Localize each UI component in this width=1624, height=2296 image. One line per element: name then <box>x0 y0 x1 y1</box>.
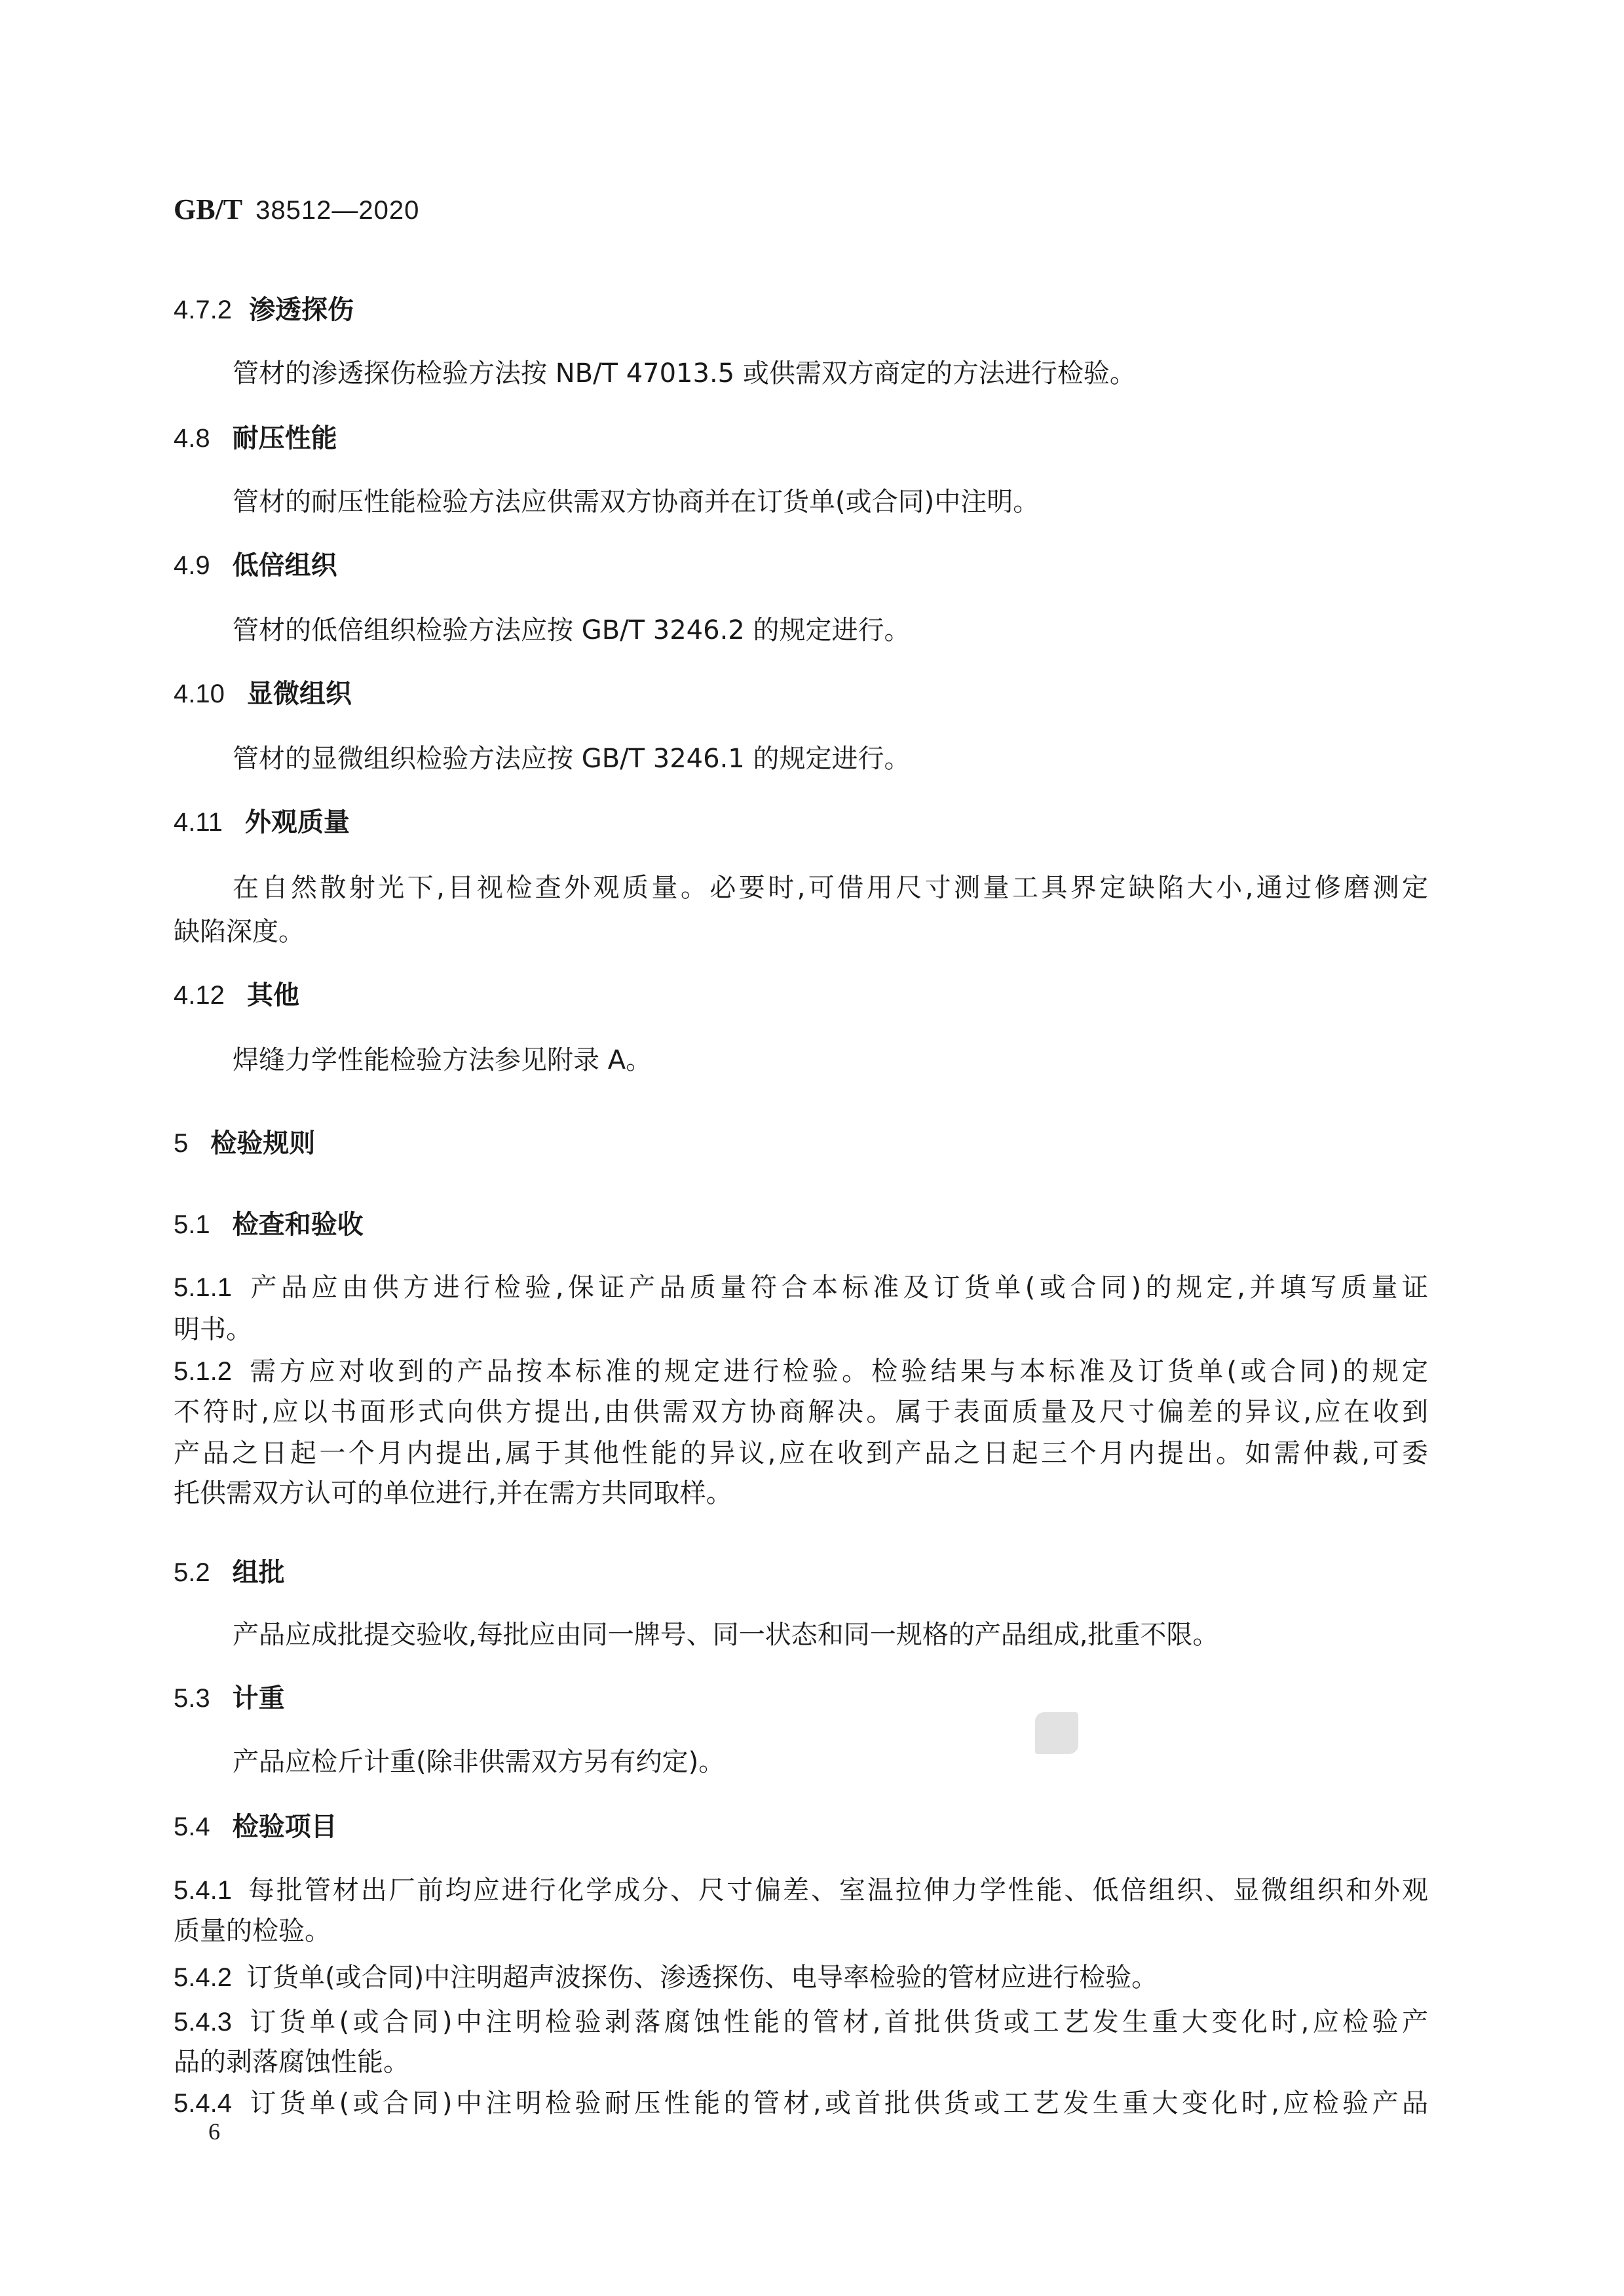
heading-5-4: 5.4检验项目 <box>174 1810 1428 1843</box>
paragraph: 管材的耐压性能检验方法应供需双方协商并在订货单(或合同)中注明。 <box>233 486 1428 518</box>
clause-title: 低倍组织 <box>233 550 337 581</box>
paragraph-line: 在自然散射光下,目视检查外观质量。必要时,可借用尺寸测量工具界定缺陷大小,通过修… <box>233 871 1428 904</box>
clause-number: 5.4.1 <box>174 1876 232 1905</box>
page-number: 6 <box>208 2118 220 2145</box>
heading-4-12: 4.12其他 <box>174 979 1428 1012</box>
clause-title: 检验项目 <box>233 1812 337 1842</box>
clause-text: 订货单(或合同)中注明检验剥落腐蚀性能的管材,首批供货或工艺发生重大变化时,应检… <box>246 2007 1428 2037</box>
clause-number: 5.1.1 <box>174 1273 232 1302</box>
clause-5-1-1-line: 明书。 <box>174 1313 1428 1346</box>
clause-number: 5.1.2 <box>174 1357 232 1386</box>
clause-5-4-4-line: 5.4.4订货单(或合同)中注明检验耐压性能的管材,或首批供货或工艺发生重大变化… <box>174 2087 1428 2120</box>
heading-4-7-2: 4.7.2渗透探伤 <box>174 294 1428 326</box>
clause-title: 显微组织 <box>247 679 352 709</box>
paragraph: 管材的显微组织检验方法应按 GB/T 3246.1 的规定进行。 <box>233 742 1428 775</box>
clause-number: 4.10 <box>174 678 225 710</box>
clause-title: 渗透探伤 <box>249 295 354 325</box>
clause-5-4-3-line: 品的剥落腐蚀性能。 <box>174 2046 1428 2078</box>
clause-text: 订货单(或合同)中注明超声波探伤、渗透探伤、电导率检验的管材应进行检验。 <box>246 1962 1158 1993</box>
clause-5-1-2-line: 不符时,应以书面形式向供方提出,由供需双方协商解决。属于表面质量及尺寸偏差的异议… <box>174 1396 1428 1428</box>
clause-number: 5.3 <box>174 1682 210 1715</box>
heading-4-9: 4.9低倍组织 <box>174 549 1428 582</box>
heading-4-11: 4.11外观质量 <box>174 806 1428 839</box>
paragraph: 管材的低倍组织检验方法应按 GB/T 3246.2 的规定进行。 <box>233 614 1428 647</box>
clause-number: 5.2 <box>174 1556 210 1589</box>
paragraph: 管材的渗透探伤检验方法按 NB/T 47013.5 或供需双方商定的方法进行检验… <box>233 357 1428 390</box>
chapter-title: 检验规则 <box>210 1128 315 1158</box>
clause-5-4-1-line: 5.4.1每批管材出厂前均应进行化学成分、尺寸偏差、室温拉伸力学性能、低倍组织、… <box>174 1874 1428 1907</box>
clause-5-1-1-line: 5.1.1产品应由供方进行检验,保证产品质量符合本标准及订货单(或合同)的规定,… <box>174 1271 1428 1304</box>
clause-5-1-2-line: 产品之日起一个月内提出,属于其他性能的异议,应在收到产品之日起三个月内提出。如需… <box>174 1437 1428 1470</box>
standard-header: GB/T38512—2020 <box>174 194 419 226</box>
clause-text: 产品应由供方进行检验,保证产品质量符合本标准及订货单(或合同)的规定,并填写质量… <box>246 1272 1428 1303</box>
paragraph-line: 缺陷深度。 <box>174 915 1428 948</box>
paragraph: 产品应成批提交验收,每批应由同一牌号、同一状态和同一规格的产品组成,批重不限。 <box>233 1618 1428 1651</box>
clause-5-1-2-line: 托供需双方认可的单位进行,并在需方共同取样。 <box>174 1477 1428 1510</box>
heading-4-10: 4.10显微组织 <box>174 678 1428 710</box>
clause-5-4-2-line: 5.4.2订货单(或合同)中注明超声波探伤、渗透探伤、电导率检验的管材应进行检验… <box>174 1961 1428 1994</box>
clause-number: 5.4.3 <box>174 2008 232 2037</box>
clause-text: 每批管材出厂前均应进行化学成分、尺寸偏差、室温拉伸力学性能、低倍组织、显微组织和… <box>246 1875 1428 1905</box>
clause-number: 4.12 <box>174 979 225 1012</box>
clause-number: 4.7.2 <box>174 294 232 326</box>
clause-text: 需方应对收到的产品按本标准的规定进行检验。检验结果与本标准及订货单(或合同)的规… <box>246 1356 1428 1387</box>
heading-4-8: 4.8耐压性能 <box>174 422 1428 455</box>
paragraph: 焊缝力学性能检验方法参见附录 A。 <box>233 1044 1428 1077</box>
standard-number: 38512—2020 <box>255 196 419 225</box>
chapter-number: 5 <box>174 1127 188 1160</box>
clause-title: 计重 <box>233 1683 285 1713</box>
paragraph: 产品应检斤计重(除非供需双方另有约定)。 <box>233 1746 1428 1778</box>
clause-title: 组批 <box>233 1558 285 1588</box>
clause-text: 订货单(或合同)中注明检验耐压性能的管材,或首批供货或工艺发生重大变化时,应检验… <box>246 2088 1428 2118</box>
standard-code: GB/T <box>174 193 242 225</box>
clause-number: 4.11 <box>174 806 223 839</box>
clause-title: 耐压性能 <box>233 423 337 453</box>
heading-5: 5检验规则 <box>174 1127 1428 1160</box>
clause-title: 其他 <box>247 980 299 1010</box>
grey-mark-artifact <box>1035 1712 1078 1754</box>
heading-5-1: 5.1检查和验收 <box>174 1208 1428 1241</box>
clause-number: 5.4.2 <box>174 1963 232 1992</box>
clause-number: 5.1 <box>174 1208 210 1241</box>
clause-number: 5.4 <box>174 1810 210 1843</box>
clause-5-4-1-line: 质量的检验。 <box>174 1915 1428 1947</box>
document-page: GB/T38512—2020 4.7.2渗透探伤 管材的渗透探伤检验方法按 NB… <box>0 0 1624 2296</box>
clause-number: 4.9 <box>174 549 210 582</box>
clause-title: 检查和验收 <box>233 1210 364 1240</box>
clause-number: 5.4.4 <box>174 2089 232 2118</box>
clause-5-4-3-line: 5.4.3订货单(或合同)中注明检验剥落腐蚀性能的管材,首批供货或工艺发生重大变… <box>174 2006 1428 2038</box>
clause-number: 4.8 <box>174 422 210 455</box>
clause-title: 外观质量 <box>245 807 350 837</box>
heading-5-3: 5.3计重 <box>174 1682 1428 1715</box>
heading-5-2: 5.2组批 <box>174 1556 1428 1589</box>
clause-5-1-2-line: 5.1.2需方应对收到的产品按本标准的规定进行检验。检验结果与本标准及订货单(或… <box>174 1355 1428 1388</box>
